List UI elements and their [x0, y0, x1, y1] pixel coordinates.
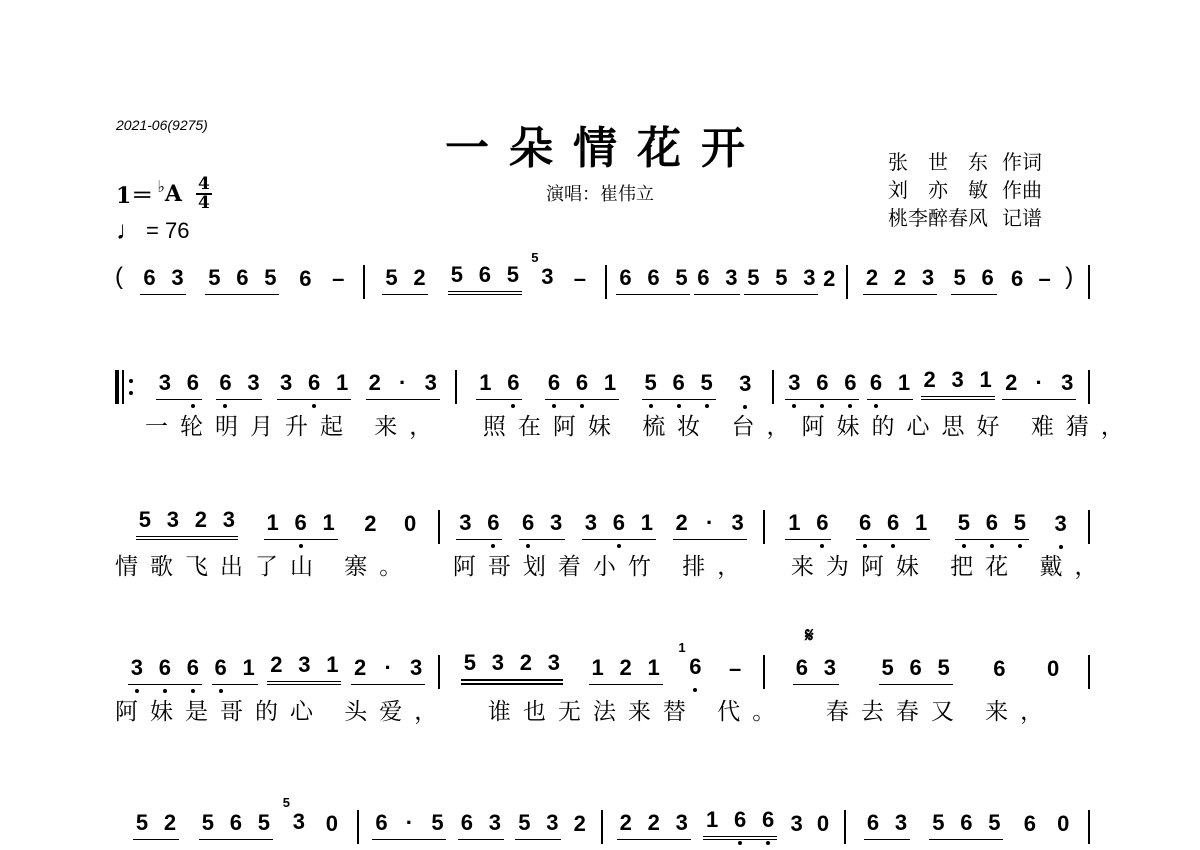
note: 5 [450, 264, 464, 286]
note: 5 [138, 509, 152, 531]
lyricist-role: 作词 [1002, 148, 1042, 176]
eighth-group: 2·3 [366, 372, 440, 400]
eighth-group: 56 [951, 267, 997, 295]
measure: 63 565 6 – [123, 255, 363, 295]
time-top: 4 [198, 176, 210, 193]
note: 3 [488, 812, 502, 834]
note: 5 [430, 812, 444, 834]
note: 6 [478, 264, 492, 286]
eighth-group: 565 [929, 812, 1003, 840]
eighth-group: 366 [785, 372, 859, 400]
rest: 0 [403, 513, 417, 535]
measure: 63 565 6 0 [765, 645, 1088, 685]
credits-block: 张 世 东作词 刘 亦 敏作曲 桃李醉春风记谱 [888, 148, 1042, 232]
note: 6 [142, 267, 156, 289]
note-low: 5 [700, 372, 714, 394]
staff: 52 565 53 0 6·5 63 53 2 223 166 3 0 63 5… [115, 800, 1090, 840]
note-low: 6 [858, 512, 872, 534]
note-low: 5 [957, 512, 971, 534]
measure: 16 661 565 3 [765, 500, 1088, 540]
note-low: 6 [843, 372, 857, 394]
system-1: ( 63 565 6 – 52 565 53 – 665 63 553 2 22… [115, 255, 1090, 295]
eighth-group: 63 [140, 267, 186, 295]
note: 1 [478, 372, 492, 394]
eighth-group: 223 [863, 267, 937, 295]
note: 6 [795, 657, 809, 679]
note: 1 [325, 654, 339, 676]
note: 1 [242, 657, 256, 679]
note: 3 [246, 372, 260, 394]
barline [1088, 655, 1090, 689]
note: 5 [463, 652, 477, 674]
eighth-group: 661 [856, 512, 930, 540]
grace-small-note: 1 [678, 640, 685, 655]
system-4: 𝄋 366 61 231 2·3 5323 121 16 – 63 565 6 … [115, 645, 1090, 729]
note: 2 [619, 812, 633, 834]
note: 1 [335, 372, 349, 394]
measure: 223 56 6 – ) [848, 255, 1088, 295]
note-low: 6 [815, 372, 829, 394]
note: 6 [298, 268, 312, 290]
note: 3 [170, 267, 184, 289]
lyrics-line: 一轮明月升起 来， 照在阿妹 梳妆 台，阿妹的心思好 难猜， [115, 408, 1090, 444]
note-low: 6 [521, 512, 535, 534]
note-low: 6 [672, 372, 686, 394]
note: 3 [584, 512, 598, 534]
time-bottom: 4 [198, 195, 210, 212]
eighth-group: 16 [785, 512, 831, 540]
note: 5 [517, 812, 531, 834]
note: 5 [201, 812, 215, 834]
note: 2 [893, 267, 907, 289]
eighth-group: 63 [864, 812, 910, 840]
lyrics-line: 情歌飞出了山 寨。 阿哥划着小竹 排， 来为阿妹 把花 戴， [115, 548, 1090, 584]
eighth-group: 6·5 [372, 812, 446, 840]
note: 3 [731, 512, 745, 534]
quarter-note-icon: ♩ [116, 215, 142, 246]
note: 3 [1060, 372, 1074, 394]
note: 5 [384, 267, 398, 289]
measure: 5323 161 2 0 [115, 500, 438, 540]
eighth-group: 121 [589, 657, 663, 685]
eighth-group: 63 [694, 267, 740, 295]
system-2: 36 63 361 2·3 16 661 565 3 366 61 231 2·… [115, 360, 1090, 444]
dash: – [331, 268, 345, 290]
note-low: 3 [130, 657, 144, 679]
note: 2 [163, 812, 177, 834]
dash: – [1038, 268, 1052, 290]
note-low: 6 [886, 512, 900, 534]
measure: 223 166 3 0 [603, 800, 845, 840]
eighth-group: 361 [582, 512, 656, 540]
note: 6 [992, 658, 1006, 680]
note-low: 5 [1013, 512, 1027, 534]
tempo-value: = 76 [146, 218, 189, 244]
eighth-group: 52 [382, 267, 428, 295]
segno-icon: 𝄋 [805, 623, 814, 647]
note: 5 [263, 267, 277, 289]
grace-small-note: 5 [283, 795, 290, 810]
note-low: 6 [294, 512, 308, 534]
note-low: 6 [506, 372, 520, 394]
eighth-group: 565 [955, 512, 1029, 540]
note: 6 [235, 267, 249, 289]
note: 2 [269, 654, 283, 676]
time-signature: 4 4 [196, 176, 212, 212]
note: 2 [412, 267, 426, 289]
note: 6 [374, 812, 388, 834]
eighth-group: 2·3 [351, 657, 425, 685]
measure: 6·5 63 53 2 [359, 800, 601, 840]
note: 2 [822, 268, 836, 290]
lyricist-name: 张 世 东 [888, 148, 988, 176]
note: 3 [790, 813, 804, 835]
eighth-group: 553 [744, 267, 818, 295]
eighth-group: 565 [642, 372, 716, 400]
thirty-second-group: 5323 [461, 652, 563, 685]
key-prefix: 1＝ [116, 179, 153, 210]
note: 3 [293, 809, 305, 834]
note: 5 [674, 267, 688, 289]
note: 6 [959, 812, 973, 834]
rest: 0 [816, 813, 830, 835]
note-low: 6 [307, 372, 321, 394]
dash: – [573, 268, 587, 290]
eighth-group: 36 [456, 512, 502, 540]
note: 3 [166, 509, 180, 531]
note: 1 [266, 512, 280, 534]
note: 2 [353, 657, 367, 679]
note: 3 [823, 657, 837, 679]
transcriber-credit: 桃李醉春风记谱 [888, 204, 1042, 232]
measure: 366 61 231 2·3 [115, 645, 438, 685]
barline [1088, 510, 1090, 544]
note-low: 6 [547, 372, 561, 394]
note: 6 [229, 812, 243, 834]
note: 3 [297, 654, 311, 676]
note: 3 [158, 372, 172, 394]
note: 3 [547, 652, 561, 674]
eighth-group: 63 [793, 657, 839, 685]
note: 5 [774, 267, 788, 289]
note-low: 6 [186, 372, 200, 394]
composer-name: 刘 亦 敏 [888, 176, 988, 204]
dot: · [396, 372, 410, 394]
composer-role: 作曲 [1002, 176, 1042, 204]
note: 3 [222, 509, 236, 531]
closing-parenthesis: ) [1065, 263, 1073, 291]
eighth-group: 565 [879, 657, 953, 685]
note-low: 3 [787, 372, 801, 394]
repeat-start-sign [115, 370, 133, 404]
staff: ( 63 565 6 – 52 565 53 – 665 63 553 2 22… [115, 255, 1090, 295]
sixteenth-group: 5323 [136, 509, 238, 540]
measure: 5323 121 16 – [440, 645, 763, 685]
flat-icon: ♭ [157, 177, 165, 196]
note: 1 [640, 512, 654, 534]
eighth-group: 565 [205, 267, 279, 295]
measure: 52 565 53 – [365, 255, 605, 295]
note-low: 6 [158, 657, 172, 679]
note: 1 [914, 512, 928, 534]
note: 1 [591, 657, 605, 679]
note-low: 6 [486, 512, 500, 534]
grace-note: 16 [688, 654, 702, 680]
note: 6 [866, 812, 880, 834]
note: 3 [279, 372, 293, 394]
eighth-group: 63 [519, 512, 565, 540]
note: 3 [458, 512, 472, 534]
staff: 36 63 361 2·3 16 661 565 3 366 61 231 2·… [115, 360, 1090, 400]
note: 5 [987, 812, 1001, 834]
key-signature: 1＝ ♭ A 4 4 [116, 176, 212, 212]
lyricist-credit: 张 世 东作词 [888, 148, 1042, 176]
transcriber-role: 记谱 [1002, 204, 1042, 232]
grace-note: 53 [293, 809, 305, 835]
note-low: 6 [688, 656, 702, 678]
measure: 16 661 565 3 [457, 360, 772, 400]
measure: 366 61 231 2·3 [774, 360, 1089, 400]
eighth-group: 61 [212, 657, 258, 685]
note: 3 [409, 657, 423, 679]
sixteenth-group: 565 [448, 264, 522, 295]
note-low: 5 [644, 372, 658, 394]
note: 6 [981, 267, 995, 289]
eighth-group: 223 [617, 812, 691, 840]
key-note: A [165, 181, 182, 207]
note: 3 [802, 267, 816, 289]
eighth-group: 565 [199, 812, 273, 840]
note: 1 [603, 372, 617, 394]
sixteenth-group: 231 [267, 654, 341, 685]
note-low: 6 [761, 809, 775, 831]
sixteenth-group: 231 [921, 369, 995, 400]
note: 3 [491, 652, 505, 674]
note: 3 [921, 267, 935, 289]
measure: 665 63 553 2 [607, 255, 847, 295]
note: 2 [923, 369, 937, 391]
note: 1 [787, 512, 801, 534]
note: 6 [1023, 813, 1037, 835]
measure: 52 565 53 0 [115, 800, 357, 840]
note: 6 [460, 812, 474, 834]
eighth-group: 366 [128, 657, 202, 685]
note: 2 [368, 372, 382, 394]
note: 3 [545, 812, 559, 834]
note: 2 [573, 813, 587, 835]
rest: 0 [1056, 813, 1070, 835]
note: 5 [506, 264, 520, 286]
note-low: 6 [612, 512, 626, 534]
rest: 0 [1046, 658, 1060, 680]
measure: 36 63 361 2·3 [141, 360, 456, 400]
note: 6 [646, 267, 660, 289]
note: 3 [675, 812, 689, 834]
eighth-group: 661 [545, 372, 619, 400]
note-low: 6 [218, 372, 232, 394]
note: 2 [194, 509, 208, 531]
note: 3 [549, 512, 563, 534]
lyrics-line: 阿妹是哥的心 头爱， 谁也无法来替 代。 春去春又 来， [115, 693, 1090, 729]
note-low: 6 [869, 372, 883, 394]
note-low: 6 [985, 512, 999, 534]
tempo-marking: ♩ = 76 [116, 215, 189, 246]
eighth-group: 36 [156, 372, 202, 400]
eighth-group: 361 [277, 372, 351, 400]
staff: 366 61 231 2·3 5323 121 16 – 63 565 6 0 [115, 645, 1090, 685]
note: 2 [619, 657, 633, 679]
measure: 36 63 361 2·3 [440, 500, 763, 540]
note: 3 [951, 369, 965, 391]
note: 3 [541, 264, 553, 289]
note-low: 3 [738, 373, 752, 395]
note: 2 [1004, 372, 1018, 394]
eighth-group: 53 [515, 812, 561, 840]
barline [1088, 810, 1090, 844]
note-low: 6 [815, 512, 829, 534]
note: 3 [424, 372, 438, 394]
note: 3 [894, 812, 908, 834]
measure: 63 565 6 0 [846, 800, 1088, 840]
transcriber-name: 桃李醉春风 [888, 204, 988, 232]
note: 5 [746, 267, 760, 289]
note: 2 [865, 267, 879, 289]
grace-small-note: 5 [531, 250, 538, 265]
eighth-group: 2·3 [1002, 372, 1076, 400]
dot: · [1032, 372, 1046, 394]
note: 6 [618, 267, 632, 289]
note-low: 6 [733, 809, 747, 831]
note: 5 [953, 267, 967, 289]
note: 1 [322, 512, 336, 534]
note: 1 [897, 372, 911, 394]
note: 5 [257, 812, 271, 834]
eighth-group: 16 [476, 372, 522, 400]
note: 2 [675, 512, 689, 534]
composer-credit: 刘 亦 敏作曲 [888, 176, 1042, 204]
eighth-group: 161 [264, 512, 338, 540]
note: 6 [909, 657, 923, 679]
note: 2 [647, 812, 661, 834]
dot: · [703, 512, 717, 534]
note: 5 [207, 267, 221, 289]
dot: · [381, 657, 395, 679]
note: 2 [363, 513, 377, 535]
note: 1 [647, 657, 661, 679]
note-low: 3 [1054, 513, 1068, 535]
note: 5 [931, 812, 945, 834]
note: 5 [881, 657, 895, 679]
note-low: 6 [575, 372, 589, 394]
note: 1 [705, 809, 719, 831]
note: 5 [135, 812, 149, 834]
note: 6 [1010, 268, 1024, 290]
dot: · [402, 812, 416, 834]
note: 2 [519, 652, 533, 674]
system-5: 52 565 53 0 6·5 63 53 2 223 166 3 0 63 5… [115, 800, 1090, 840]
rest: 0 [325, 813, 339, 835]
grace-note: 53 [541, 264, 553, 290]
system-3: 5323 161 2 0 36 63 361 2·3 16 661 565 3 … [115, 500, 1090, 584]
opening-parenthesis: ( [115, 263, 123, 291]
barline [1088, 265, 1090, 299]
barline [1088, 370, 1090, 404]
note-low: 6 [214, 657, 228, 679]
sixteenth-group: 166 [703, 809, 777, 840]
eighth-group: 61 [867, 372, 913, 400]
note-low: 6 [186, 657, 200, 679]
note: 6 [696, 267, 710, 289]
eighth-group: 63 [458, 812, 504, 840]
note: 1 [979, 369, 993, 391]
eighth-group: 63 [216, 372, 262, 400]
dash: – [728, 658, 742, 680]
note: 3 [724, 267, 738, 289]
note: 5 [937, 657, 951, 679]
eighth-group: 2·3 [673, 512, 747, 540]
eighth-group: 52 [133, 812, 179, 840]
staff: 5323 161 2 0 36 63 361 2·3 16 661 565 3 [115, 500, 1090, 540]
eighth-group: 665 [616, 267, 690, 295]
